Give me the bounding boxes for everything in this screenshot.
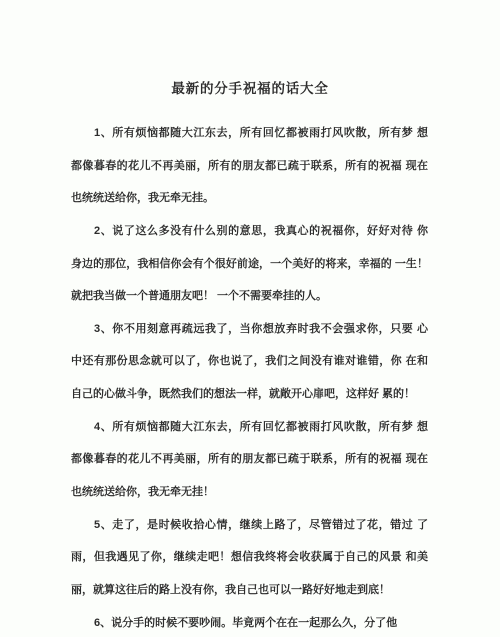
paragraph-3: 3、你不用刻意再疏远我了，当你想放弃时我不会强求你，只要 心中还有那份思念就可以… [71,313,428,411]
text-line: 雨，但我遇见了你，继续走吧！想信我终将会收获属于自己的风景 和美 [71,541,428,574]
text-line: 也统统送给你，我无牵无挂！ [71,476,428,509]
paragraph-6: 6、说分手的时候不要吵闹。毕竟两个在在一起那么久，分了他 [71,607,428,637]
document-page: 最新的分手祝福的话大全 1、所有烦恼都随大江东去，所有回忆都被雨打风吹散，所有梦… [0,0,500,637]
text-line: 都像暮春的花儿不再美丽，所有的朋友都已疏于联系，所有的祝福 现在 [71,443,428,476]
document-body: 1、所有烦恼都随大江东去，所有回忆都被雨打风吹散，所有梦 想都像暮春的花儿不再美… [71,117,428,637]
text-line: 2、说了这么多没有什么别的意思，我真心的祝福你，好好对待 你 [71,215,428,248]
text-line: 自己的心做斗争，既然我们的想法一样，就敞开心扉吧，这样好 累的！ [71,378,428,411]
paragraph-4: 4、所有烦恼都随大江东去，所有回忆都被雨打风吹散，所有梦 想都像暮春的花儿不再美… [71,411,428,509]
text-line: 3、你不用刻意再疏远我了，当你想放弃时我不会强求你，只要 心 [71,313,428,346]
text-line: 1、所有烦恼都随大江东去，所有回忆都被雨打风吹散，所有梦 想 [71,117,428,150]
text-line: 丽，就算这往后的路上没有你，我自己也可以一路好好地走到底！ [71,574,428,607]
paragraph-2: 2、说了这么多没有什么别的意思，我真心的祝福你，好好对待 你身边的那位，我相信你… [71,215,428,313]
text-line: 都像暮春的花儿不再美丽，所有的朋友都已疏于联系，所有的祝福 现在 [71,150,428,183]
text-line: 5、走了，是时候收拾心情，继续上路了，尽管错过了花，错过 了 [71,509,428,542]
text-line: 也统统送给你，我无牵无挂。 [71,182,428,215]
text-line: 就把我当做一个普通朋友吧！ 一个不需要牵挂的人。 [71,280,428,313]
text-line: 4、所有烦恼都随大江东去，所有回忆都被雨打风吹散，所有梦 想 [71,411,428,444]
text-line: 6、说分手的时候不要吵闹。毕竟两个在在一起那么久，分了他 [71,607,428,637]
paragraph-5: 5、走了，是时候收拾心情，继续上路了，尽管错过了花，错过 了雨，但我遇见了你，继… [71,509,428,607]
text-line: 身边的那位，我相信你会有个很好前途，一个美好的将来，幸福的 一生！ [71,248,428,281]
document-title: 最新的分手祝福的话大全 [0,81,500,96]
text-line: 中还有那份思念就可以了，你也说了，我们之间没有谁对谁错，你 在和 [71,345,428,378]
paragraph-1: 1、所有烦恼都随大江东去，所有回忆都被雨打风吹散，所有梦 想都像暮春的花儿不再美… [71,117,428,215]
